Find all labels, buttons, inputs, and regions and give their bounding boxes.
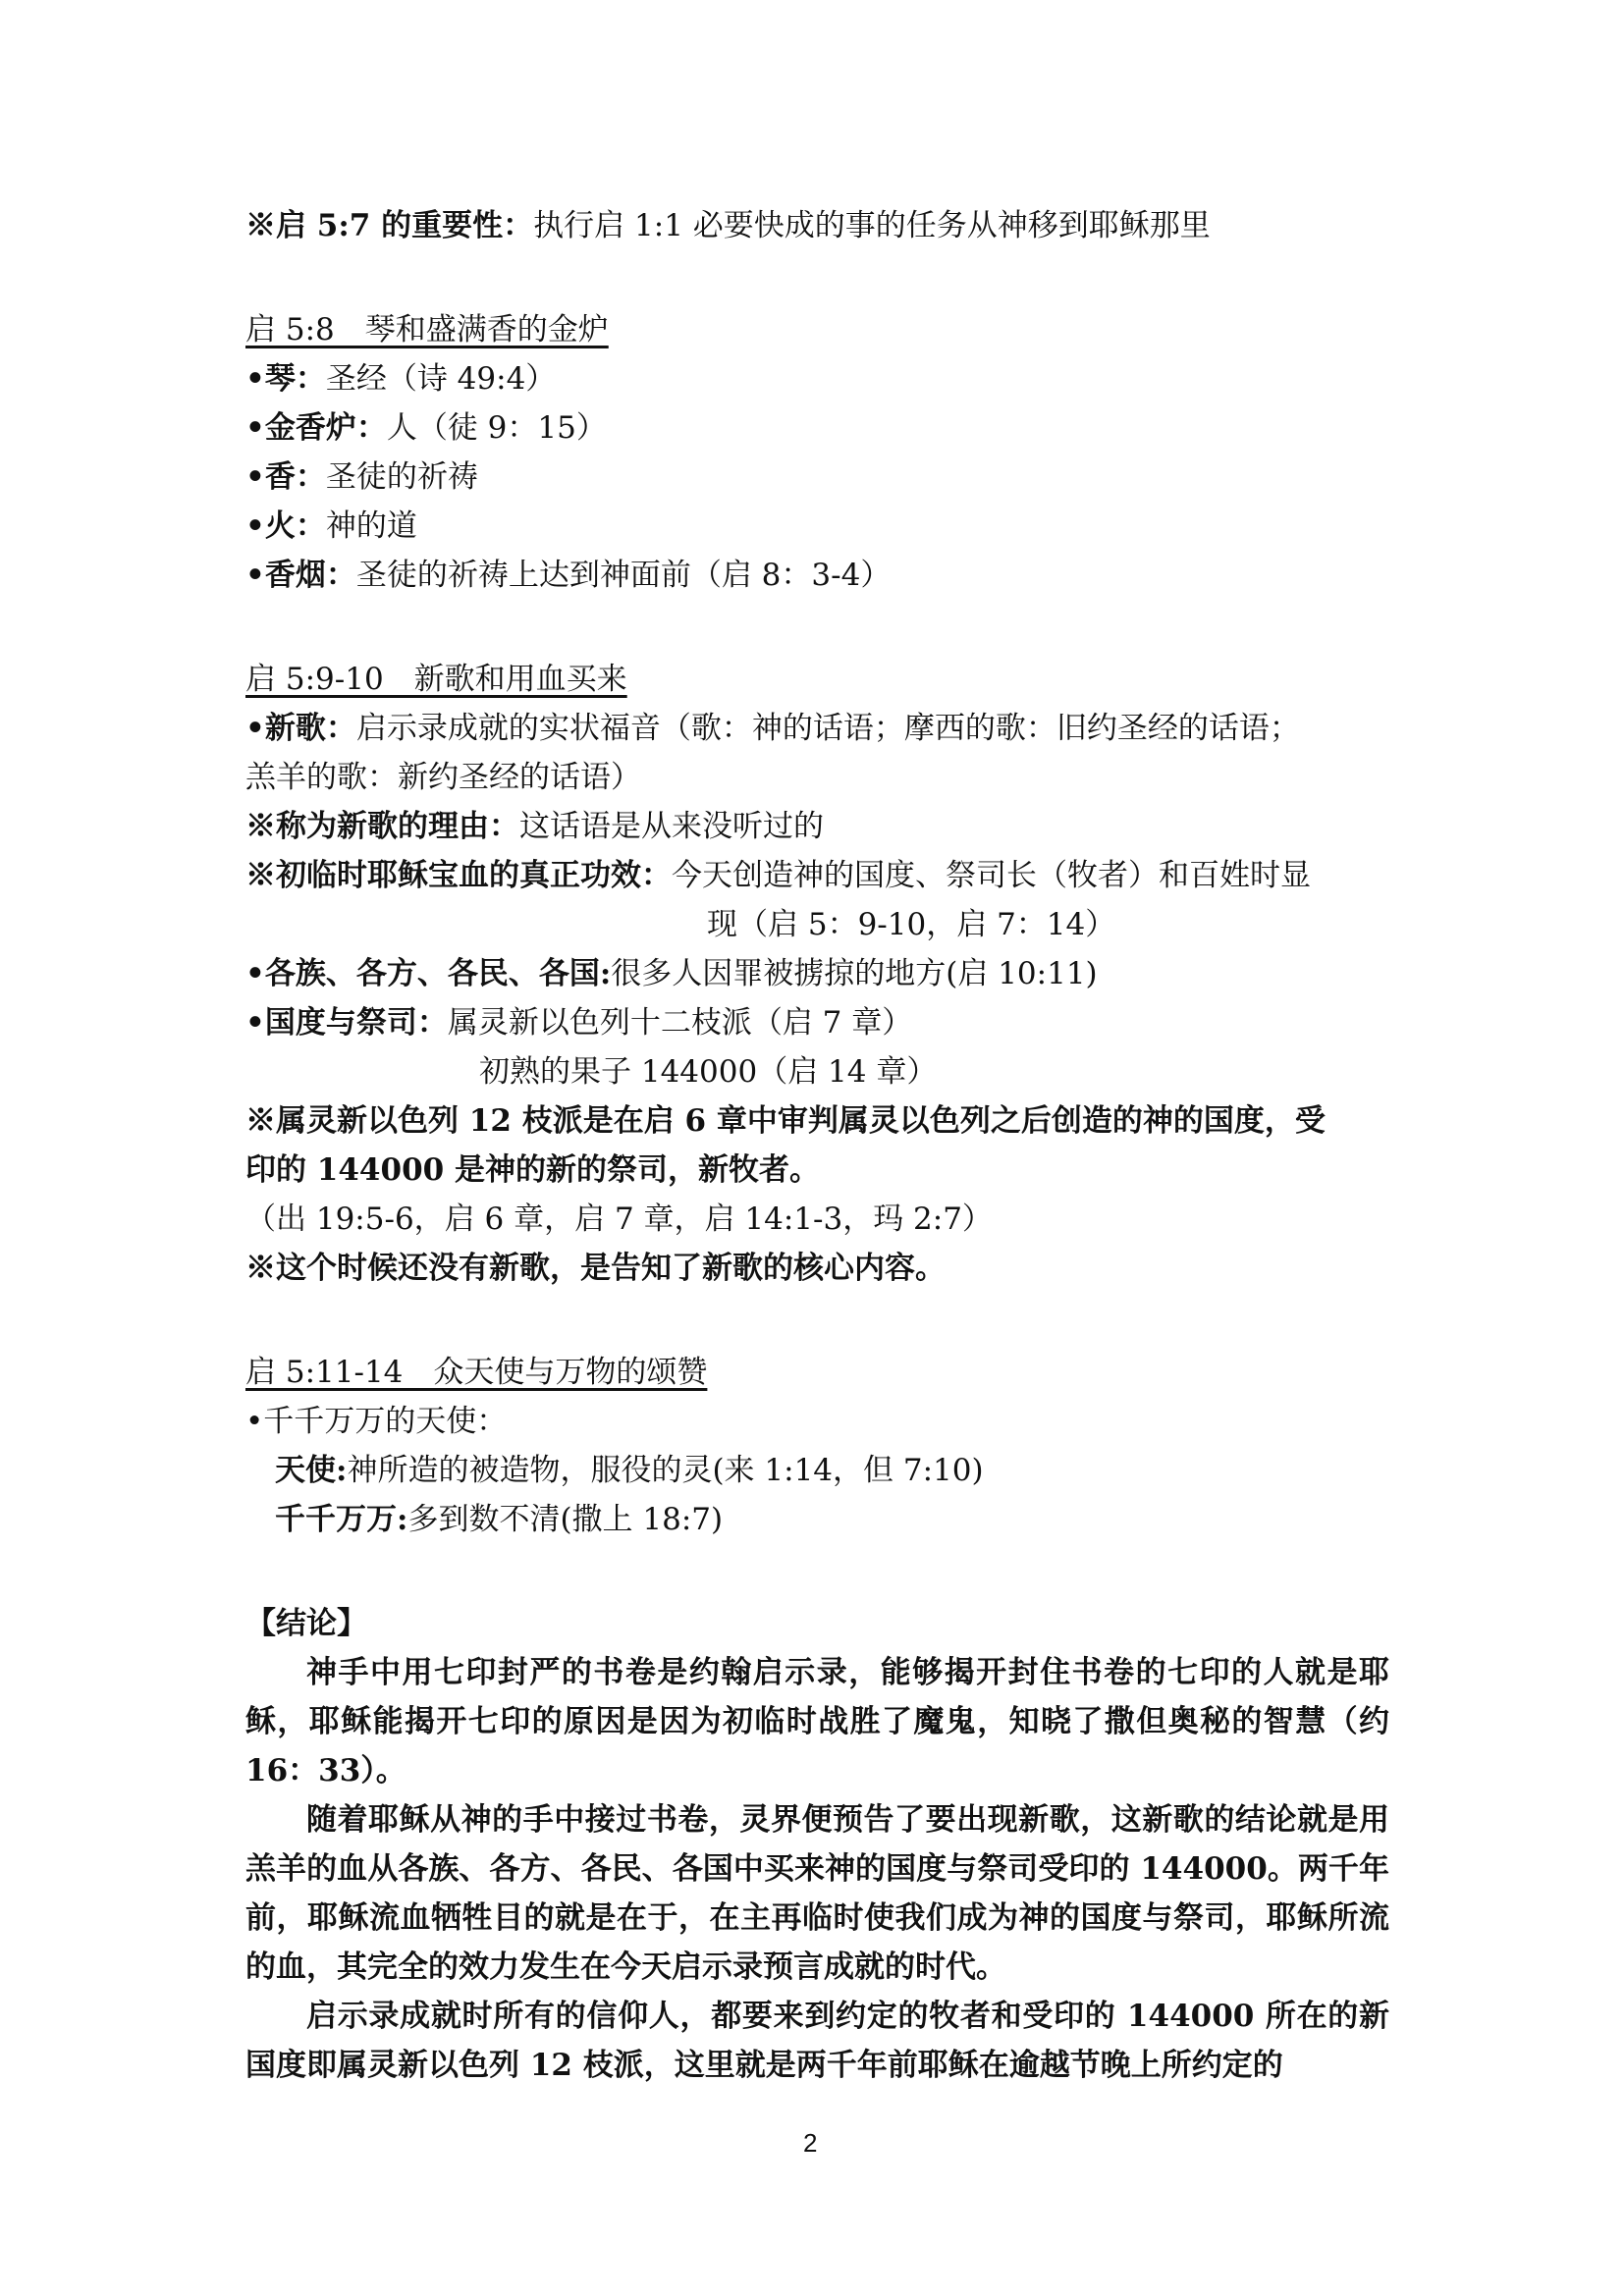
item-term: •新歌： [245,711,356,746]
list-item-nations: •各族、各方、各民、各国:很多人因罪被掳掠的地方(启 10:11) [245,949,1389,998]
sub-item-angels: 天使:神所造的被造物，服役的灵(来 1:14，但 7:10) [245,1446,1389,1495]
list-item-continuation: 羔羊的歌：新约圣经的话语） [245,753,1389,802]
conclusion-paragraph: 神手中用七印封严的书卷是约翰启示录，能够揭开封住书卷的七印的人就是耶稣，耶稣能揭… [245,1648,1389,1795]
item-desc: 人（徒 9：15） [387,410,607,446]
item-term: •香： [245,459,326,495]
list-item: •琴：圣经（诗 49:4） [245,354,1389,403]
page-number: 2 [803,2128,817,2159]
list-item: •火：神的道 [245,502,1389,551]
section-title-5-9: 启 5:9-10 新歌和用血买来 [245,655,1389,704]
item-term: •香烟： [245,558,356,593]
item-term: •琴： [245,361,326,397]
references: （出 19:5-6，启 6 章，启 7 章，启 14:1-3，玛 2:7） [245,1195,1389,1244]
note-israel-continuation: 印的 144000 是神的新的祭司，新牧者。 [245,1146,1389,1195]
note-5-7: ※启 5:7 的重要性：执行启 1:1 必要快成的事的任务从神移到耶稣那里 [245,201,1389,250]
note-text: 今天创造神的国度、祭司长（牧者）和百姓时显 [672,858,1311,893]
section-title-5-8: 启 5:8 琴和盛满香的金炉 [245,305,1389,354]
list-item-angels-heading: •千千万万的天使： [245,1397,1389,1446]
note-blood: ※初临时耶稣宝血的真正功效：今天创造神的国度、祭司长（牧者）和百姓时显 [245,851,1389,900]
item-desc: 神的道 [326,508,417,544]
item-term: 天使: [275,1453,347,1488]
list-item: •香烟：圣徒的祈祷上达到神面前（启 8：3-4） [245,551,1389,600]
item-desc: 圣徒的祈祷 [326,459,478,495]
note-israel: ※属灵新以色列 12 枝派是在启 6 章中审判属灵以色列之后创造的神的国度，受 [245,1096,1389,1146]
list-item: •香：圣徒的祈祷 [245,453,1389,502]
item-term: •国度与祭司： [245,1005,448,1041]
item-desc: 圣经（诗 49:4） [326,361,556,397]
conclusion-paragraph: 随着耶稣从神的手中接过书卷，灵界便预告了要出现新歌，这新歌的结论就是用羔羊的血从… [245,1795,1389,1992]
list-item-kingdom: •国度与祭司：属灵新以色列十二枝派（启 7 章） [245,998,1389,1047]
item-desc: 启示录成就的实状福音（歌：神的话语；摩西的歌：旧约圣经的话语； [356,711,1300,746]
list-item: •金香炉：人（徒 9：15） [245,403,1389,453]
item-desc: 属灵新以色列十二枝派（启 7 章） [448,1005,912,1041]
item-desc: 神所造的被造物，服役的灵(来 1:14，但 7:10) [347,1453,983,1488]
note-label: ※启 5:7 的重要性： [245,208,533,243]
note-blood-continuation: 现（启 5：9-10，启 7：14） [245,900,1389,949]
item-term: 千千万万: [275,1502,407,1537]
document-page: ※启 5:7 的重要性：执行启 1:1 必要快成的事的任务从神移到耶稣那里 启 … [245,201,1389,2090]
conclusion-heading: 【结论】 [245,1599,1389,1648]
note-label: ※初临时耶稣宝血的真正功效： [245,858,672,893]
note-text: 执行启 1:1 必要快成的事的任务从神移到耶稣那里 [533,208,1211,243]
note-label: ※称为新歌的理由： [245,809,519,844]
item-desc: 很多人因罪被掳掠的地方(启 10:11) [611,956,1097,991]
item-term: •金香炉： [245,410,387,446]
item-term: •火： [245,508,326,544]
sub-item-myriads: 千千万万:多到数不清(撒上 18:7) [245,1495,1389,1544]
item-term: •各族、各方、各民、各国: [245,956,611,991]
note-reason: ※称为新歌的理由：这话语是从来没听过的 [245,802,1389,851]
note-core: ※这个时候还没有新歌，是告知了新歌的核心内容。 [245,1244,1389,1293]
note-text: 这话语是从来没听过的 [519,809,824,844]
list-item-new-song: •新歌：启示录成就的实状福音（歌：神的话语；摩西的歌：旧约圣经的话语； [245,704,1389,753]
conclusion-paragraph: 启示录成就时所有的信仰人，都要来到约定的牧者和受印的 144000 所在的新国度… [245,1992,1389,2090]
item-desc: 多到数不清(撒上 18:7) [407,1502,723,1537]
list-item-kingdom-continuation: 初熟的果子 144000（启 14 章） [245,1047,1389,1096]
conclusion-body: 神手中用七印封严的书卷是约翰启示录，能够揭开封住书卷的七印的人就是耶稣，耶稣能揭… [245,1648,1389,2090]
section-title-5-11: 启 5:11-14 众天使与万物的颂赞 [245,1348,1389,1397]
item-desc: 圣徒的祈祷上达到神面前（启 8：3-4） [356,558,892,593]
